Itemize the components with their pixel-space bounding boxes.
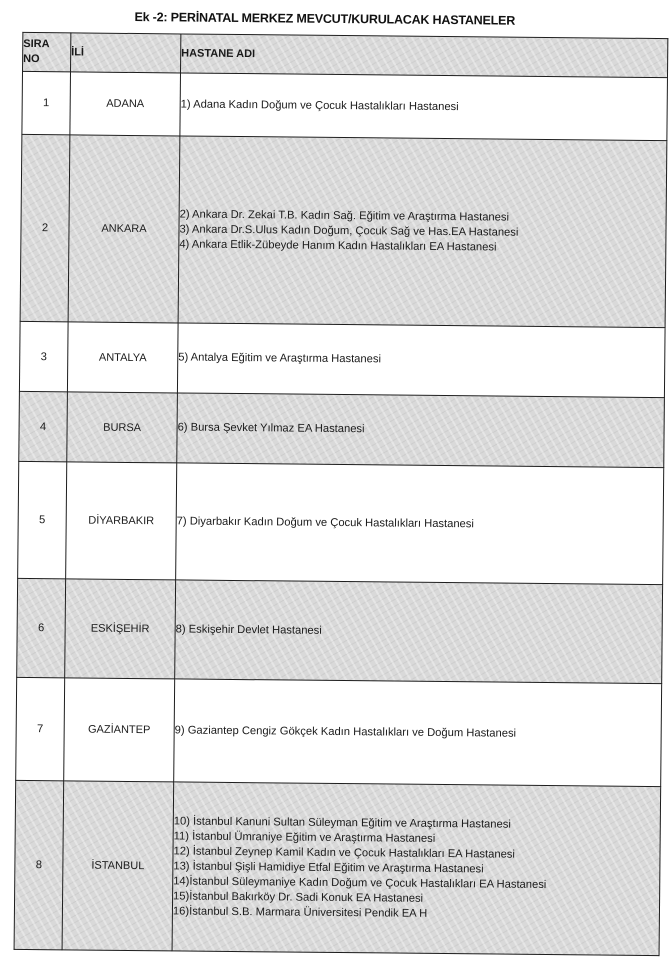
cell-sira-no: 7 <box>16 677 65 780</box>
hospital-name: 1) Adana Kadın Doğum ve Çocuk Hastalıkla… <box>181 97 667 117</box>
hospital-name: 7) Diyarbakır Kadın Doğum ve Çocuk Hasta… <box>177 514 663 534</box>
cell-il: BURSA <box>67 392 178 463</box>
table-row: 6 ESKİŞEHİR 8) Eskişehir Devlet Hastanes… <box>17 578 663 683</box>
table-row: 2 ANKARA 2) Ankara Dr. Zekai T.B. Kadın … <box>20 134 667 327</box>
table-row: 8 İSTANBUL 10) İstanbul Kanuni Sultan Sü… <box>14 780 661 955</box>
cell-il: GAZİANTEP <box>64 678 175 782</box>
table-row: 5 DİYARBAKIR 7) Diyarbakır Kadın Doğum v… <box>18 461 664 584</box>
cell-il: ESKİŞEHİR <box>65 579 176 679</box>
cell-il: ANKARA <box>68 135 180 323</box>
cell-sira-no: 4 <box>19 391 68 461</box>
cell-hastane-list: 7) Diyarbakır Kadın Doğum ve Çocuk Hasta… <box>176 463 664 585</box>
cell-sira-no: 2 <box>20 134 70 321</box>
hospital-name: 6) Bursa Şevket Yılmaz EA Hastanesi <box>178 420 664 440</box>
cell-hastane-list: 2) Ankara Dr. Zekai T.B. Kadın Sağ. Eğit… <box>178 136 667 328</box>
header-hastane-adi: HASTANE ADI <box>180 34 667 78</box>
cell-il: İSTANBUL <box>62 781 174 951</box>
cell-hastane-list: 9) Gaziantep Cengiz Gökçek Kadın Hastalı… <box>174 679 662 787</box>
cell-sira-no: 5 <box>18 461 67 578</box>
table-body: 1 ADANA 1) Adana Kadın Doğum ve Çocuk Ha… <box>14 71 667 955</box>
cell-il: DİYARBAKIR <box>66 462 177 580</box>
hospital-table: SIRA NO İLİ HASTANE ADI 1 ADANA 1) Adana… <box>14 32 669 956</box>
header-sira-no-line2: NO <box>23 53 40 65</box>
table-row: 7 GAZİANTEP 9) Gaziantep Cengiz Gökçek K… <box>16 677 662 786</box>
cell-hastane-list: 8) Eskişehir Devlet Hastanesi <box>175 580 663 684</box>
document-page: Ek -2: PERİNATAL MERKEZ MEVCUT/KURULACAK… <box>0 0 670 973</box>
header-sira-no-line1: SIRA <box>23 38 49 50</box>
cell-sira-no: 1 <box>22 71 71 134</box>
cell-hastane-list: 10) İstanbul Kanuni Sultan Süleyman Eğit… <box>172 782 661 956</box>
header-sira-no: SIRA NO <box>23 32 71 71</box>
cell-il: ADANA <box>70 72 181 136</box>
table-header-row: SIRA NO İLİ HASTANE ADI <box>23 32 668 77</box>
cell-hastane-list: 5) Antalya Eğitim ve Araştırma Hastanesi <box>177 323 665 398</box>
hospital-name: 5) Antalya Eğitim ve Araştırma Hastanesi <box>178 350 664 370</box>
cell-il: ANTALYA <box>67 322 178 393</box>
cell-sira-no: 3 <box>19 321 68 391</box>
document-title: Ek -2: PERİNATAL MERKEZ MEVCUT/KURULACAK… <box>134 10 554 28</box>
table-row: 1 ADANA 1) Adana Kadın Doğum ve Çocuk Ha… <box>22 71 668 140</box>
table-row: 4 BURSA 6) Bursa Şevket Yılmaz EA Hastan… <box>19 391 665 467</box>
table-row: 3 ANTALYA 5) Antalya Eğitim ve Araştırma… <box>19 321 665 397</box>
cell-sira-no: 6 <box>17 578 66 677</box>
header-ili: İLİ <box>71 33 181 73</box>
cell-hastane-list: 6) Bursa Şevket Yılmaz EA Hastanesi <box>177 393 665 468</box>
hospital-name: 8) Eskişehir Devlet Hastanesi <box>176 622 662 642</box>
hospital-name: 9) Gaziantep Cengiz Gökçek Kadın Hastalı… <box>175 723 661 743</box>
cell-hastane-list: 1) Adana Kadın Doğum ve Çocuk Hastalıkla… <box>180 73 668 141</box>
cell-sira-no: 8 <box>14 780 64 949</box>
